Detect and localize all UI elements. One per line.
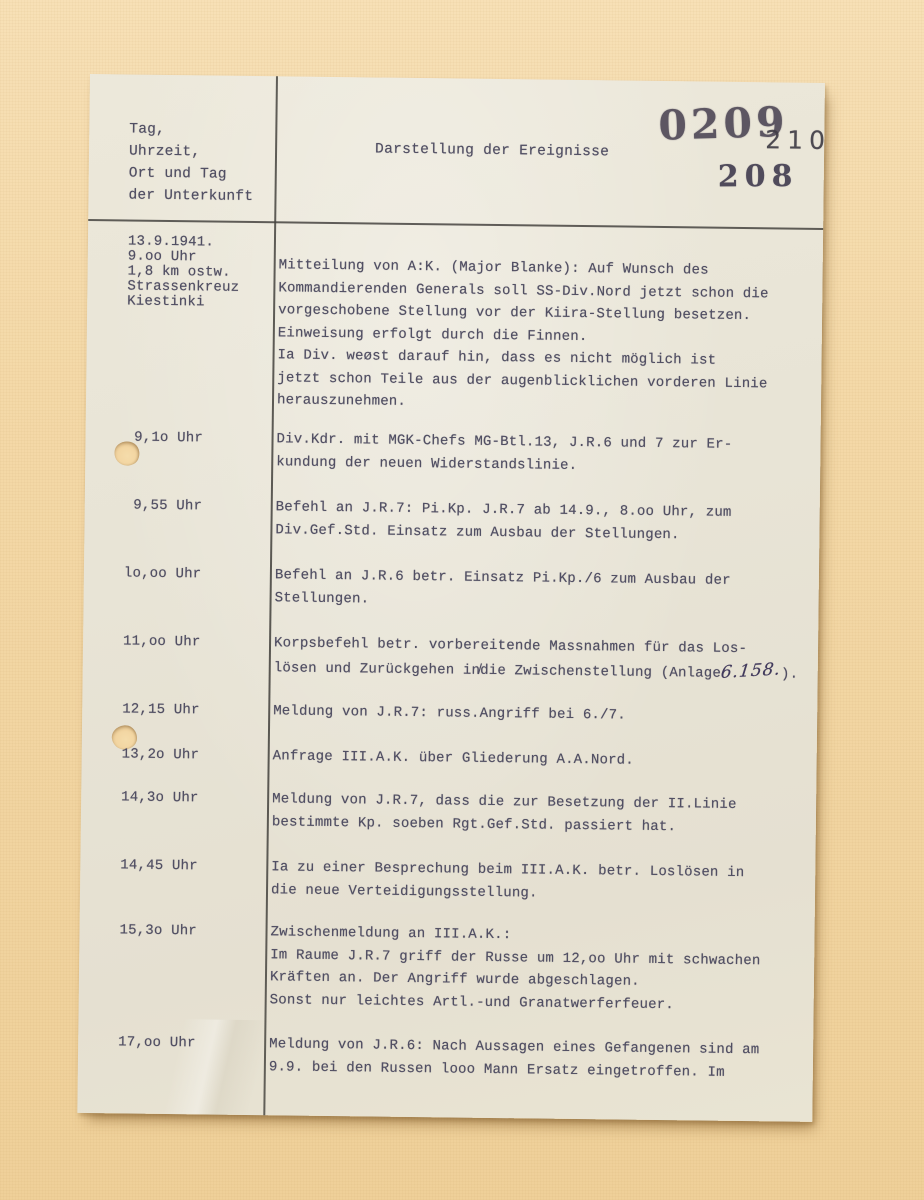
entry-text: Mitteilung von A:K. (Major Blanke): Auf …	[272, 254, 823, 418]
entry-text: Meldung von J.R.7: russ.Angriff bei 6./7…	[268, 700, 817, 729]
entry-text: Anfrage III.A.K. über Gliederung A.A.Nor…	[268, 745, 817, 774]
diary-entry: 11,oo UhrKorpsbefehl betr. vorbereitende…	[83, 630, 819, 686]
entry-time: 17,oo Uhr	[78, 1031, 264, 1056]
time-line: 15,3o Uhr	[119, 919, 265, 943]
handwritten-annotation: 6.158.	[720, 658, 783, 684]
entry-time: 9,1o Uhr	[85, 426, 271, 451]
time-line: 9,1o Uhr	[125, 426, 271, 450]
diary-entry: 9,55 UhrBefehl an J.R.7: Pi.Kp. J.R.7 ab…	[84, 494, 819, 548]
entries: 13.9.1941.9.oo Uhr1,8 km ostw.Strassenkr…	[77, 74, 825, 1122]
diary-entry: 14,3o UhrMeldung von J.R.7, dass die zur…	[81, 786, 816, 840]
entry-time: 12,15 Uhr	[82, 698, 268, 723]
entry-time: lo,oo Uhr	[84, 562, 270, 587]
entry-text: Meldung von J.R.6: Nach Aussagen eines G…	[264, 1033, 814, 1085]
time-line: 11,oo Uhr	[123, 630, 269, 654]
document-paper: Tag,Uhrzeit,Ort und Tagder Unterkunft Da…	[77, 74, 825, 1122]
photo-backdrop: { "stamps": { "large": "0209", "mid": "2…	[0, 0, 924, 1200]
diary-entry: 17,oo UhrMeldung von J.R.6: Nach Aussage…	[78, 1031, 813, 1085]
text-line: Anfrage III.A.K. über Gliederung A.A.Nor…	[273, 745, 817, 774]
diary-entry: 12,15 UhrMeldung von J.R.7: russ.Angriff…	[82, 698, 817, 729]
entry-time: 13,2o Uhr	[82, 743, 268, 768]
entry-text: Div.Kdr. mit MGK-Chefs MG-Btl.13, J.R.6 …	[271, 428, 821, 480]
entry-text: Korpsbefehl betr. vorbereitende Massnahm…	[269, 632, 819, 686]
entry-time: 15,3o Uhr	[79, 919, 265, 944]
time-line: 9,55 Uhr	[125, 494, 271, 518]
typed-text: ).	[781, 666, 798, 682]
time-line: 14,45 Uhr	[120, 854, 266, 878]
time-line: 12,15 Uhr	[122, 698, 268, 722]
time-line: 17,oo Uhr	[118, 1031, 264, 1055]
diary-entry: 9,1o UhrDiv.Kdr. mit MGK-Chefs MG-Btl.13…	[85, 426, 820, 480]
entry-text: Befehl an J.R.6 betr. Einsatz Pi.Kp./6 z…	[269, 564, 819, 616]
entry-text: Meldung von J.R.7, dass die zur Besetzun…	[267, 788, 817, 840]
typed-text: lösen und Zurückgehen in̸die Zwischenste…	[274, 660, 721, 681]
time-line: Kiestinki	[127, 294, 273, 311]
time-line: lo,oo Uhr	[124, 562, 270, 586]
text-line: Meldung von J.R.7: russ.Angriff bei 6./7…	[273, 700, 817, 729]
time-line: 13,2o Uhr	[122, 743, 268, 767]
entry-time: 14,3o Uhr	[81, 786, 267, 811]
entry-time: 11,oo Uhr	[83, 630, 269, 655]
entry-time: 13.9.1941.9.oo Uhr1,8 km ostw.Strassenkr…	[87, 232, 274, 311]
diary-entry: lo,oo UhrBefehl an J.R.6 betr. Einsatz P…	[83, 562, 818, 616]
entry-text: Zwischenmeldung an III.A.K.:Im Raume J.R…	[265, 921, 815, 1018]
diary-entry: 13,2o UhrAnfrage III.A.K. über Gliederun…	[82, 743, 817, 774]
time-line: 14,3o Uhr	[121, 786, 267, 810]
entry-text: Befehl an J.R.7: Pi.Kp. J.R.7 ab 14.9., …	[270, 496, 820, 548]
diary-entry: 14,45 UhrIa zu einer Besprechung beim II…	[80, 854, 815, 908]
entry-time: 9,55 Uhr	[85, 494, 271, 519]
diary-entry: 15,3o UhrZwischenmeldung an III.A.K.:Im …	[79, 919, 815, 1018]
diary-entry: 13.9.1941.9.oo Uhr1,8 km ostw.Strassenkr…	[86, 232, 823, 418]
entry-text: Ia zu einer Besprechung beim III.A.K. be…	[266, 856, 816, 908]
entry-time: 14,45 Uhr	[80, 854, 266, 879]
